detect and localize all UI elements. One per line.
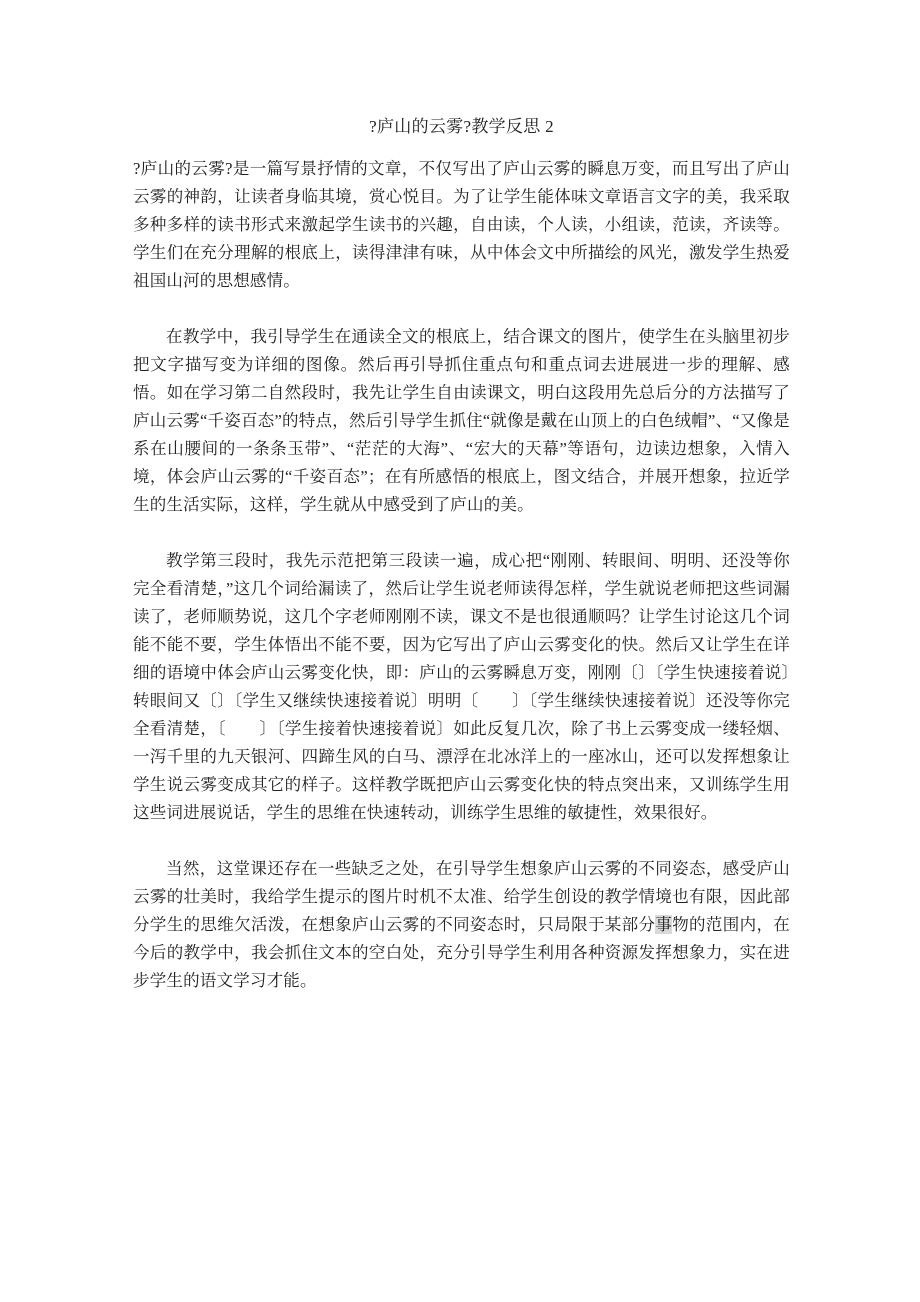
shaded-character: 事	[655, 915, 672, 934]
paragraph-teaching-approach: 在教学中，我引导学生在通读全文的根底上，结合课文的图片，使学生在头脑里初步把文字…	[133, 323, 790, 519]
paragraph-third-section: 教学第三段时，我先示范把第三段读一遍，成心把“刚刚、转眼间、明明、还没等你完全看…	[133, 547, 790, 827]
document-page: ?庐山的云雾?教学反思 2 ?庐山的云雾?是一篇写景抒情的文章，不仅写出了庐山云…	[0, 0, 920, 1302]
document-title: ?庐山的云雾?教学反思 2	[133, 113, 790, 141]
document-body: ?庐山的云雾?教学反思 2 ?庐山的云雾?是一篇写景抒情的文章，不仅写出了庐山云…	[0, 0, 920, 1302]
paragraph-shortcomings: 当然，这堂课还存在一些缺乏之处，在引导学生想象庐山云雾的不同姿态，感受庐山云雾的…	[133, 855, 790, 995]
paragraph-intro: ?庐山的云雾?是一篇写景抒情的文章，不仅写出了庐山云雾的瞬息万变，而且写出了庐山…	[133, 155, 790, 295]
